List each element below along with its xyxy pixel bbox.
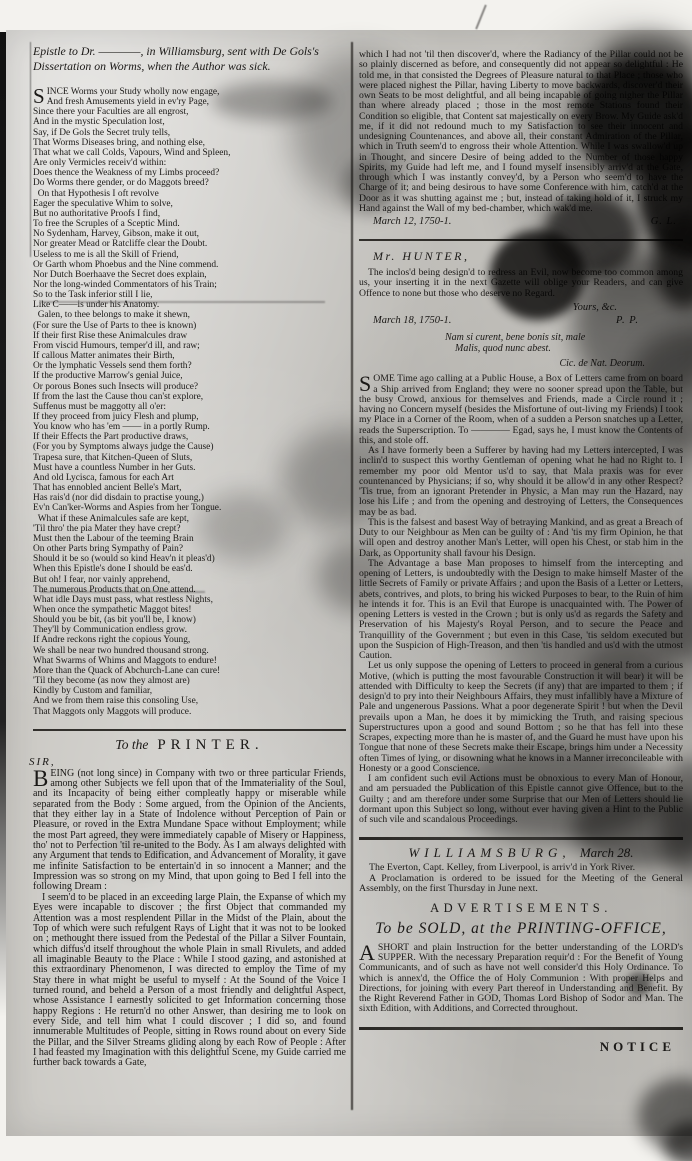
- pp-dateline: March 18, 1750-1. P. P.: [359, 315, 683, 326]
- poem-line: Does thence the Weakness of my Limbs pro…: [33, 168, 346, 178]
- poem-line: Must have a countless Number in her Guts…: [33, 463, 346, 473]
- poem-line: That has ennobled ancient Belle's Mart,: [33, 483, 346, 493]
- poem-line: If their Effects the Part productive dra…: [33, 432, 346, 442]
- poem-line: Or the lymphatic Vessels send them forth…: [33, 361, 346, 371]
- printer-letter-body: BEING (not long since) in Company with t…: [33, 769, 346, 1069]
- printer-heading: To thePRINTER.: [33, 737, 346, 754]
- poem-line: And we from them raise this consoling Us…: [33, 696, 346, 706]
- essay-paragraph: Let us only suppose the opening of Lette…: [359, 661, 683, 774]
- poem-line: If from the last the Cause thou can'st e…: [33, 392, 346, 402]
- worms-poem: SINCE Worms your Study wholly now engage…: [33, 87, 346, 717]
- poem-line: We shall be near two hundred thousand st…: [33, 646, 346, 656]
- left-column: Epistle to Dr. ————, in Williamsburg, se…: [33, 44, 346, 1069]
- gl-signature: G. L.: [651, 216, 677, 227]
- poem-line: Should you be bit, (as bit you'll be, I …: [33, 615, 346, 625]
- poem-line: If callous Matter animates their Birth,: [33, 351, 346, 361]
- poem-line: No Sydenham, Harvey, Gibson, make it out…: [33, 229, 346, 239]
- sold-heading: To be SOLD, at the PRINTING-OFFICE,: [359, 920, 683, 938]
- continuation-paragraph: which I had not 'til then discover'd, wh…: [359, 50, 683, 214]
- gl-dateline: March 12, 1750-1. G. L.: [359, 216, 683, 227]
- section-rule: [359, 837, 683, 840]
- williamsburg-date: March 28.: [580, 845, 634, 860]
- poem-line: Like C——is under his Anatomy.: [33, 300, 346, 310]
- williamsburg-heading: WILLIAMSBURG, March 28.: [359, 845, 683, 861]
- poem-line: (For sure the Use of Parts to thee is kn…: [33, 321, 346, 331]
- poem-line: Eager the speculative Whim to solve,: [33, 199, 346, 209]
- paper-crease-line: [30, 42, 31, 257]
- section-rule: [33, 729, 346, 731]
- poem-line: The numerous Products that on One attend…: [33, 585, 346, 595]
- column-divider-rule: [351, 42, 353, 1110]
- section-rule: [359, 1027, 683, 1030]
- poem-line: Nor greater Mead or Ratcliffe clear the …: [33, 239, 346, 249]
- poem-line: More than the Quack of Abchurch-Lane can…: [33, 666, 346, 676]
- poem-line: On other Parts bring Sympathy of Pain?: [33, 544, 346, 554]
- poem-line: Galen, to thee belongs to make it shewn,: [33, 310, 346, 320]
- poem-line: And old Lycisca, famous for each Art: [33, 473, 346, 483]
- salutation: SIR,: [29, 756, 346, 768]
- scan-edge-shadow: [0, 32, 6, 1017]
- latin-line: Nam si curent, bene bonis sit, male: [445, 332, 683, 344]
- letter-paragraph: BEING (not long since) in Company with t…: [33, 769, 346, 893]
- poem-line: When once the sympathetic Maggot bites!: [33, 605, 346, 615]
- poem-line: (For you by Symptoms always judge the Ca…: [33, 442, 346, 452]
- poem-line: Nor Dutch Boerhaave the Secret does expl…: [33, 270, 346, 280]
- poem-line: They'll by Communication endless grow.: [33, 625, 346, 635]
- epistle-title: Epistle to Dr. ————, in Williamsburg, se…: [33, 44, 346, 74]
- poem-line: To free the Scruples of a Sceptic Mind.: [33, 219, 346, 229]
- poem-line: Say, if De Gols the Secret truly tells,: [33, 128, 346, 138]
- letters-essay: SOME Time ago calling at a Public House,…: [359, 374, 683, 825]
- letter-paragraph: I seem'd to be placed in an exceeding la…: [33, 893, 346, 1069]
- advertisements-heading: ADVERTISEMENTS.: [359, 901, 683, 916]
- poem-line: Do Worms there gender, or do Maggots bre…: [33, 178, 346, 188]
- news-item: A Proclamation is ordered to be issued f…: [359, 874, 683, 895]
- poem-line: Trapesa sure, that Kitchen-Queen of Slut…: [33, 453, 346, 463]
- pen-mark: [475, 5, 487, 30]
- valediction: Yours, &c.: [359, 302, 683, 313]
- poem-line: Are only Vermicles receiv'd within:: [33, 158, 346, 168]
- advertisement-paragraph: A SHORT and plain Instruction for the be…: [359, 943, 683, 1015]
- poem-line: Nor the long-winded Commentators of his …: [33, 280, 346, 290]
- poem-line: Or Garth whom Phoebus and the Nine comme…: [33, 260, 346, 270]
- latin-quote: Nam si curent, bene bonis sit, male Mali…: [445, 332, 683, 370]
- poem-line: If their first Rise these Animalcules dr…: [33, 331, 346, 341]
- latin-line: Malis, quod nunc abest.: [455, 343, 683, 355]
- essay-paragraph: I am confident such evil Actions must be…: [359, 774, 683, 825]
- poem-line: If the productive Marrow's genial Juice,: [33, 371, 346, 381]
- poem-line: What idle Days must pass, what restless …: [33, 595, 346, 605]
- poem-line: 'Til they become (as now they almost are…: [33, 676, 346, 686]
- poem-line: Useless to me is all the Skill of Friend…: [33, 250, 346, 260]
- poem-line: 'Til thro' the pia Mater they have crept…: [33, 524, 346, 534]
- pp-signature: P. P.: [616, 315, 639, 326]
- printer-heading-word: PRINTER.: [157, 737, 263, 753]
- hunter-heading: Mr. HUNTER,: [373, 249, 683, 264]
- poem-line: If Andre reckons right the copious Young…: [33, 635, 346, 645]
- essay-paragraph: This is the falsest and basest Way of be…: [359, 518, 683, 559]
- poem-line: What if these Animalcules safe are kept,: [33, 514, 346, 524]
- latin-attribution: Cic. de Nat. Deorum.: [445, 358, 645, 370]
- poem-line: That Maggots only Maggots will produce.: [33, 707, 346, 717]
- essay-paragraph: The Advantage a base Man proposes to him…: [359, 559, 683, 662]
- poem-line: SINCE Worms your Study wholly now engage…: [33, 87, 346, 97]
- poem-line: But no authoritative Proofs I find,: [33, 209, 346, 219]
- poem-line: Since there your Faculties are all engro…: [33, 107, 346, 117]
- poem-line: Must then the Labour of the teeming Brai…: [33, 534, 346, 544]
- poem-line: What Swarms of Whims and Maggots to endu…: [33, 656, 346, 666]
- poem-line: That what we call Colds, Vapours, Wind a…: [33, 148, 346, 158]
- poem-line: So to the Task inferior still I lie,: [33, 290, 346, 300]
- poem-line: Ev'n Can'ker-Worms and Aspies from her T…: [33, 503, 346, 513]
- poem-line: If they proceed from juicy Flesh and plu…: [33, 412, 346, 422]
- hunter-letter-body: The inclos'd being design'd to redress a…: [359, 268, 683, 299]
- poem-line: Suffenus must be maggotty all o'er:: [33, 402, 346, 412]
- essay-paragraph: SOME Time ago calling at a Public House,…: [359, 374, 683, 446]
- notice-catchword: NOTICE: [359, 1039, 683, 1055]
- section-rule: [359, 239, 683, 241]
- poem-line: You know who has 'em —— in a portly Rump…: [33, 422, 346, 432]
- right-column: which I had not 'til then discover'd, wh…: [359, 50, 683, 1055]
- essay-paragraph: As I have formerly been a Sufferer by ha…: [359, 446, 683, 518]
- poem-line: But oh! I fear, nor vainly apprehend,: [33, 575, 346, 585]
- letter-date: March 12, 1750-1.: [373, 216, 451, 227]
- poem-line: When this Epistle's done I should be eas…: [33, 564, 346, 574]
- poem-line: Has rais'd (nor did disdain to practise …: [33, 493, 346, 503]
- poem-line: On that Hypothesis I oft revolve: [33, 189, 346, 199]
- poem-line: Or porous Bones such Insects will produc…: [33, 382, 346, 392]
- poem-line: Kindly by Custom and familiar,: [33, 686, 346, 696]
- poem-line: That Worms Diseases bring, and nothing e…: [33, 138, 346, 148]
- poem-line: Should it be so (would so kind Heav'n it…: [33, 554, 346, 564]
- poem-line: From viscid Humours, temper'd ill, and r…: [33, 341, 346, 351]
- letter-date: March 18, 1750-1.: [373, 315, 451, 326]
- poem-line: And in the mystic Speculation lost,: [33, 117, 346, 127]
- printer-heading-prefix: To the: [115, 737, 148, 752]
- poem-line: And fresh Amusements yield in ev'ry Page…: [33, 97, 346, 107]
- news-section: The Everton, Capt. Kelley, from Liverpoo…: [359, 863, 683, 895]
- williamsburg-city: WILLIAMSBURG,: [408, 845, 570, 860]
